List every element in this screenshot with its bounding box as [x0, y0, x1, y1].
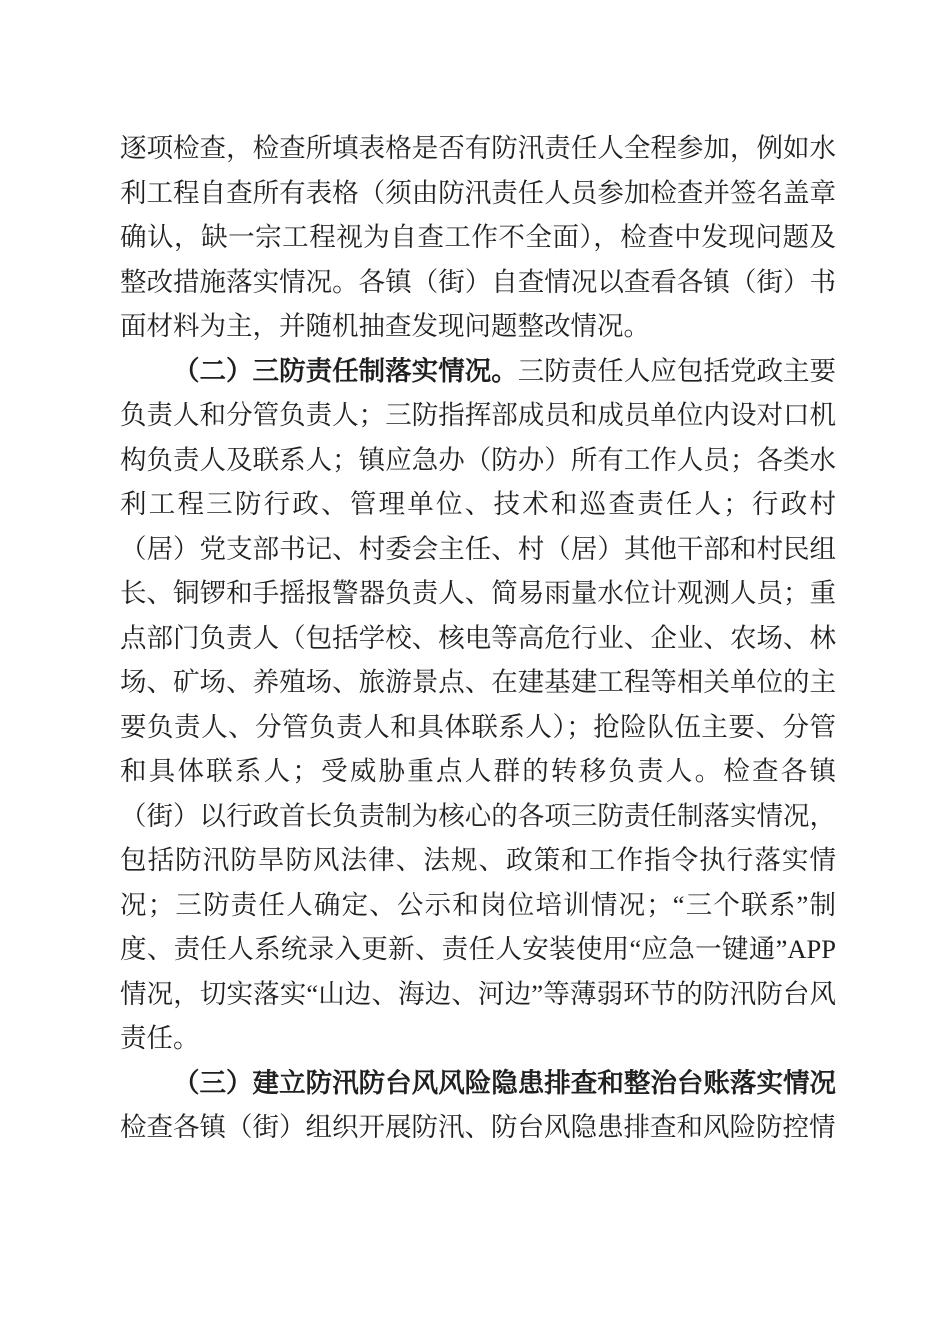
body-text: 三防责任人应包括党政主要负责人和分管负责人；三防指挥部成员和成员单位内设对口机构…	[120, 356, 836, 1054]
document-page: 逐项检查，检查所填表格是否有防汛责任人全程参加，例如水利工程自查所有表格（须由防…	[0, 0, 950, 1344]
body-text: 检查各镇（街）组织开展防汛、防台风隐患排查和风险防控情	[120, 1112, 836, 1142]
document-body: 逐项检查，检查所填表格是否有防汛责任人全程参加，例如水利工程自查所有表格（须由防…	[120, 126, 836, 1150]
paragraph: 逐项检查，检查所填表格是否有防汛责任人全程参加，例如水利工程自查所有表格（须由防…	[120, 126, 836, 349]
paragraph: （二）三防责任制落实情况。三防责任人应包括党政主要负责人和分管负责人；三防指挥部…	[120, 349, 836, 1061]
section-heading: （二）三防责任制落实情况。	[173, 356, 518, 386]
paragraph: （三）建立防汛防台风风险隐患排查和整治台账落实情况检查各镇（街）组织开展防汛、防…	[120, 1061, 836, 1150]
body-text: 逐项检查，检查所填表格是否有防汛责任人全程参加，例如水利工程自查所有表格（须由防…	[120, 133, 836, 341]
section-heading: （三）建立防汛防台风风险隐患排查和整治台账落实情况	[173, 1068, 836, 1098]
